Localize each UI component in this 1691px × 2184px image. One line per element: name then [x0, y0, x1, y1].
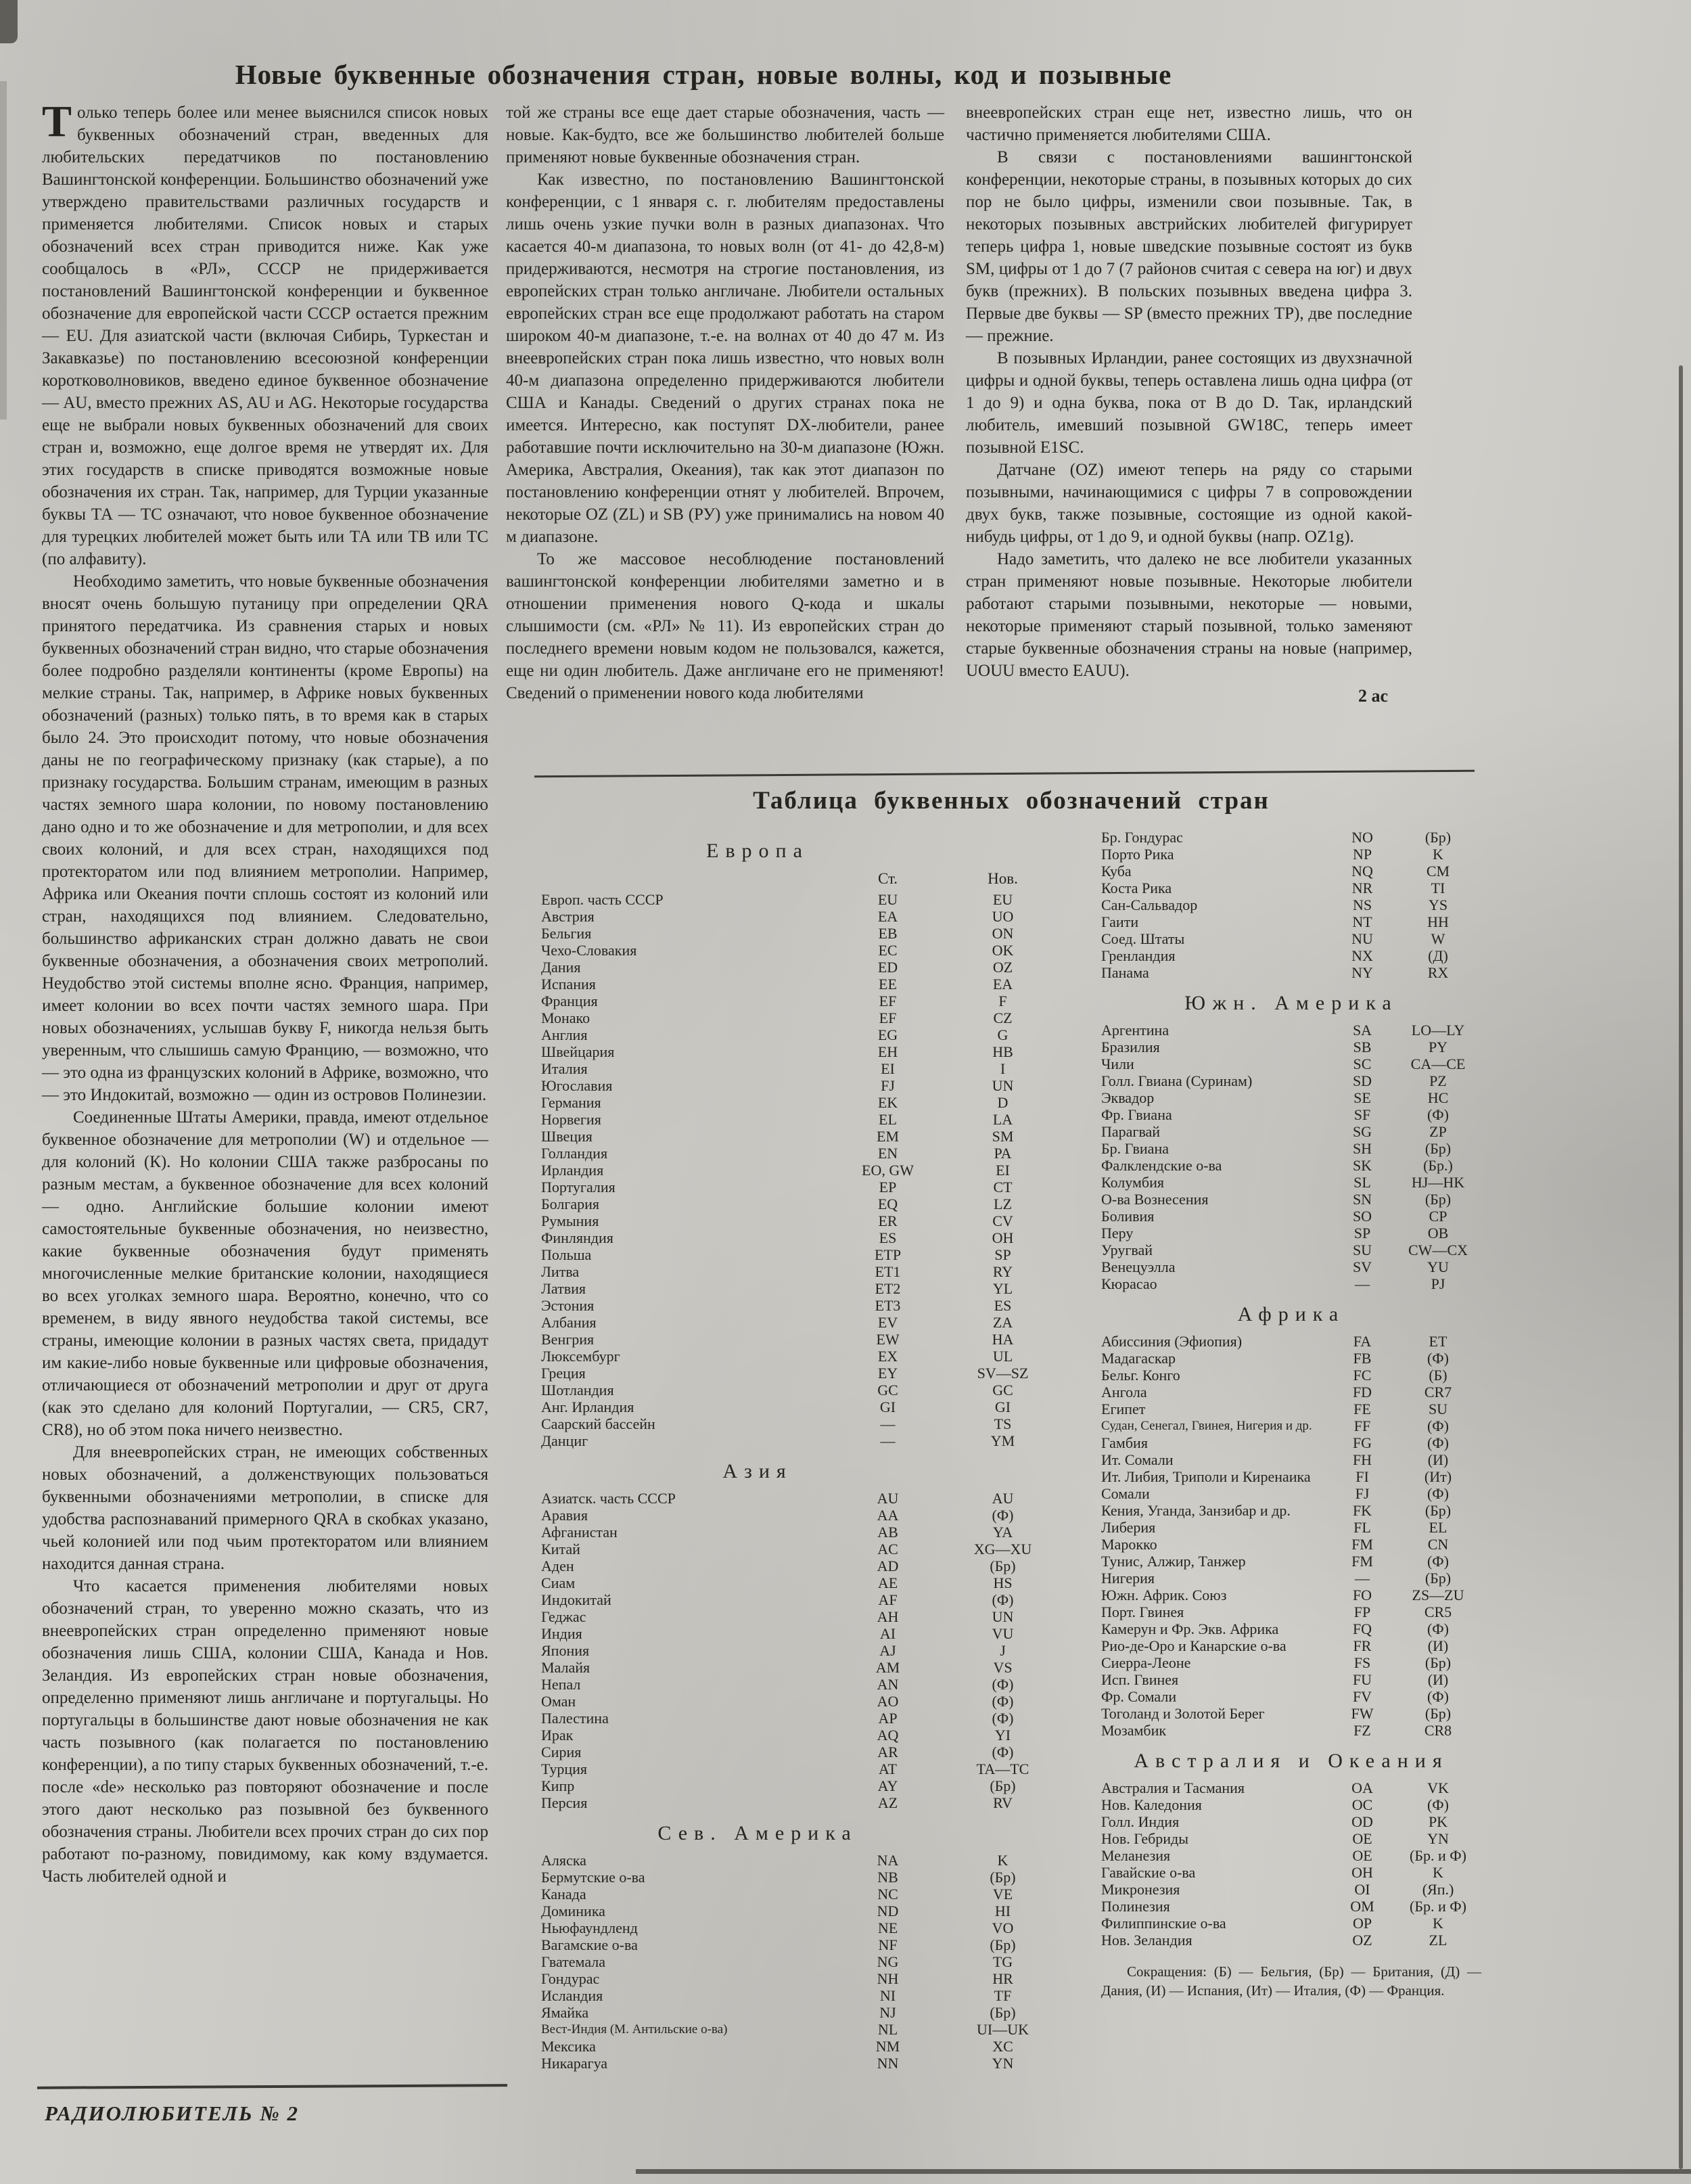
new-code: RX: [1395, 964, 1481, 981]
country-name: Люксембург: [541, 1348, 832, 1365]
country-name: Мозамбик: [1101, 1722, 1330, 1739]
old-code: NM: [832, 2038, 944, 2055]
old-code: SA: [1330, 1022, 1395, 1039]
table-row: ГренландияNX(Д): [1101, 947, 1481, 964]
table-row: Южн. Африк. СоюзFOZS—ZU: [1101, 1587, 1481, 1603]
old-code: GI: [832, 1398, 944, 1415]
new-code: K: [1395, 1915, 1481, 1932]
table-row: АргентинаSALO—LY: [1101, 1022, 1481, 1039]
country-name: Бельгия: [541, 925, 832, 942]
new-code: F: [944, 993, 1062, 1009]
new-code: (Ф): [944, 1710, 1062, 1727]
table-row: ИндияAIVU: [541, 1625, 1062, 1642]
country-name: Финляндия: [541, 1229, 832, 1246]
country-name: Азиатск. часть СССР: [541, 1490, 832, 1507]
new-code: CR5: [1395, 1603, 1481, 1620]
scan-edge-left: [0, 81, 7, 419]
new-code: SM: [944, 1128, 1062, 1145]
old-code: OC: [1330, 1796, 1395, 1813]
old-code: AU: [832, 1490, 944, 1507]
new-code: CM: [1395, 863, 1481, 880]
table-row: ЛитваET1RY: [541, 1263, 1062, 1280]
new-code: XG—XU: [944, 1541, 1062, 1557]
table-row: Судан, Сенегал, Гвинея, Нигерия и др.FF(…: [1101, 1417, 1481, 1434]
new-code: HJ—HK: [1395, 1174, 1481, 1191]
old-code: FB: [1330, 1350, 1395, 1367]
new-code: SU: [1395, 1401, 1481, 1417]
table-row: ЛатвияET2YL: [541, 1280, 1062, 1297]
country-name: Бермутские о-ва: [541, 1869, 832, 1886]
country-name: Япония: [541, 1642, 832, 1659]
new-code: I: [944, 1060, 1062, 1077]
table-row: Чехо-СловакияECOK: [541, 942, 1062, 959]
table-row: БразилияSBPY: [1101, 1039, 1481, 1055]
table-row: Нигерия—(Бр): [1101, 1570, 1481, 1587]
table-row: СиамAEHS: [541, 1574, 1062, 1591]
new-code: ZP: [1395, 1123, 1481, 1140]
new-code: ES: [944, 1297, 1062, 1314]
country-name: Марокко: [1101, 1536, 1330, 1553]
table-row: ЮгославияFJUN: [541, 1077, 1062, 1094]
country-name: Парагвай: [1101, 1123, 1330, 1140]
country-name: Венецуэлла: [1101, 1258, 1330, 1275]
new-code: (Ф): [1395, 1417, 1481, 1434]
new-code: OB: [1395, 1225, 1481, 1242]
old-code: NA: [832, 1852, 944, 1869]
old-code: EQ: [832, 1196, 944, 1212]
new-code: (Бр): [1395, 1570, 1481, 1587]
table-row: КипрAY(Бр): [541, 1777, 1062, 1794]
new-code: (Ф): [1395, 1350, 1481, 1367]
new-code: CV: [944, 1212, 1062, 1229]
table-row: ИрландияEO, GWEI: [541, 1162, 1062, 1179]
table-row: ИндокитайAF(Ф): [541, 1591, 1062, 1608]
table-row: НепалAN(Ф): [541, 1676, 1062, 1693]
table-panel-right: Бр. ГондурасNO(Бр)Порто РикаNPKКубаNQCMК…: [1101, 829, 1481, 2072]
table-row: Европ. часть СССРEUEU: [541, 891, 1062, 908]
old-code: NU: [1330, 930, 1395, 947]
table-row: Рио-де-Оро и Канарские о-ваFR(И): [1101, 1637, 1481, 1654]
country-name: Панама: [1101, 964, 1330, 981]
new-code: (Д): [1395, 947, 1481, 964]
col-header-spacer: [541, 869, 832, 888]
old-code: NE: [832, 1919, 944, 1936]
country-name: Египет: [1101, 1401, 1330, 1417]
table-row: ТурцияATTA—TC: [541, 1760, 1062, 1777]
new-code: ON: [944, 925, 1062, 942]
country-name: Бразилия: [1101, 1039, 1330, 1055]
country-name: Ит. Либия, Триполи и Киренаика: [1101, 1468, 1330, 1485]
country-name: Литва: [541, 1263, 832, 1280]
table-title: Таблица буквенных обозначений стран: [541, 786, 1481, 815]
country-name: Нигерия: [1101, 1570, 1330, 1587]
table-row: ГеджасAHUN: [541, 1608, 1062, 1625]
new-code: YU: [1395, 1258, 1481, 1275]
country-name: Швеция: [541, 1128, 832, 1145]
country-name: Гренландия: [1101, 947, 1330, 964]
table-panel-left: ЕвропаСт.Нов.Европ. часть СССРEUEUАвстри…: [541, 829, 1062, 2072]
table-row: Сан-СальвадорNSYS: [1101, 896, 1481, 913]
old-code: NO: [1330, 829, 1395, 846]
old-code: EO, GW: [832, 1162, 944, 1179]
table-row: Фр. ГвианаSF(Ф): [1101, 1106, 1481, 1123]
country-name: Аргентина: [1101, 1022, 1330, 1039]
paragraph: той же страны все еще дает старые обозна…: [506, 101, 944, 168]
old-code: EA: [832, 908, 944, 925]
table-row: ИсландияNITF: [541, 1987, 1062, 2004]
old-code: EB: [832, 925, 944, 942]
paragraph: Необходимо заметить, что новые буквенные…: [42, 570, 488, 1106]
table-row: АляскаNAK: [541, 1852, 1062, 1869]
old-code: OH: [1330, 1864, 1395, 1881]
new-code: HC: [1395, 1089, 1481, 1106]
country-name: Аден: [541, 1557, 832, 1574]
table-row: Бермутские о-ваNB(Бр): [541, 1869, 1062, 1886]
country-name: Франция: [541, 993, 832, 1009]
country-name: Оман: [541, 1693, 832, 1710]
old-code: NX: [1330, 947, 1395, 964]
new-code: (Бр): [944, 1557, 1062, 1574]
table-row: РумынияERCV: [541, 1212, 1062, 1229]
table-row: АденAD(Бр): [541, 1557, 1062, 1574]
col-header-new: Нов.: [944, 869, 1062, 888]
country-name: Палестина: [541, 1710, 832, 1727]
old-code: NN: [832, 2055, 944, 2072]
new-code: EA: [944, 976, 1062, 993]
old-code: EM: [832, 1128, 944, 1145]
new-code: YL: [944, 1280, 1062, 1297]
new-code: YS: [1395, 896, 1481, 913]
old-code: ET1: [832, 1263, 944, 1280]
country-name: Албания: [541, 1314, 832, 1331]
country-name: Гаити: [1101, 913, 1330, 930]
table-row: КолумбияSLHJ—HK: [1101, 1174, 1481, 1191]
country-name: Колумбия: [1101, 1174, 1330, 1191]
new-code: CP: [1395, 1208, 1481, 1225]
old-code: FH: [1330, 1451, 1395, 1468]
country-name: Бр. Гвиана: [1101, 1140, 1330, 1157]
old-code: FG: [1330, 1434, 1395, 1451]
old-code: AM: [832, 1659, 944, 1676]
old-code: EH: [832, 1043, 944, 1060]
new-code: YN: [944, 2055, 1062, 2072]
new-code: HH: [1395, 913, 1481, 930]
new-code: K: [1395, 1864, 1481, 1881]
table-row: Камерун и Фр. Экв. АфрикаFQ(Ф): [1101, 1620, 1481, 1637]
section-heading: Южн. Америка: [1101, 992, 1481, 1015]
new-code: PZ: [1395, 1072, 1481, 1089]
new-code: TF: [944, 1987, 1062, 2004]
table-row: КубаNQCM: [1101, 863, 1481, 880]
country-name: Индокитай: [541, 1591, 832, 1608]
page-title: Новые буквенные обозначения стран, новые…: [230, 58, 1177, 91]
table-row: Порто РикаNPK: [1101, 846, 1481, 863]
table-row: ГрецияEYSV—SZ: [541, 1365, 1062, 1382]
new-code: VO: [944, 1919, 1062, 1936]
country-name: Геджас: [541, 1608, 832, 1625]
table-row: МароккоFMCN: [1101, 1536, 1481, 1553]
country-name: Нов. Каледония: [1101, 1796, 1330, 1813]
country-name: Вест-Индия (М. Антильские о-ва): [541, 2021, 832, 2038]
old-code: AB: [832, 1524, 944, 1541]
country-name: Фр. Сомали: [1101, 1688, 1330, 1705]
new-code: (Бр. и Ф): [1395, 1898, 1481, 1915]
new-code: YI: [944, 1727, 1062, 1744]
table-row: Голл. ИндияODPK: [1101, 1813, 1481, 1830]
table-row: Ит. Либия, Триполи и КиренаикаFI(Ит): [1101, 1468, 1481, 1485]
paragraph: В позывных Ирландии, ранее состоящих из …: [966, 347, 1412, 459]
table-row: ПолинезияOM(Бр. и Ф): [1101, 1898, 1481, 1915]
country-name: Ямайка: [541, 2004, 832, 2021]
new-code: (Ф): [1395, 1620, 1481, 1637]
table-row: Порт. ГвинеяFPCR5: [1101, 1603, 1481, 1620]
table-row: ФинляндияESOH: [541, 1229, 1062, 1246]
table-row: ПалестинаAP(Ф): [541, 1710, 1062, 1727]
new-code: K: [944, 1852, 1062, 1869]
old-code: FP: [1330, 1603, 1395, 1620]
table-row: Тунис, Алжир, ТанжерFM(Ф): [1101, 1553, 1481, 1570]
table-row: ПортугалияEPCT: [541, 1179, 1062, 1196]
old-code: NG: [832, 1953, 944, 1970]
old-code: FS: [1330, 1654, 1395, 1671]
old-code: FM: [1330, 1536, 1395, 1553]
country-name: Австралия и Тасмания: [1101, 1779, 1330, 1796]
old-code: EE: [832, 976, 944, 993]
new-code: (Бр): [944, 1869, 1062, 1886]
table-row: МикронезияOI(Яп.): [1101, 1881, 1481, 1898]
country-name: Саарский бассейн: [541, 1415, 832, 1432]
country-name: Югославия: [541, 1077, 832, 1094]
old-code: SB: [1330, 1039, 1395, 1055]
paragraph: Для внеевропейских стран, не имеющих соб…: [42, 1441, 488, 1575]
new-code: AU: [944, 1490, 1062, 1507]
country-name: Голландия: [541, 1145, 832, 1162]
new-code: (И): [1395, 1451, 1481, 1468]
table-row: Вагамские о-ваNF(Бр): [541, 1936, 1062, 1953]
new-code: YN: [1395, 1830, 1481, 1847]
new-code: G: [944, 1026, 1062, 1043]
old-code: SF: [1330, 1106, 1395, 1123]
old-code: SE: [1330, 1089, 1395, 1106]
country-name: Голл. Гвиана (Суринам): [1101, 1072, 1330, 1089]
new-code: (Бр): [1395, 1705, 1481, 1722]
country-name: Меланезия: [1101, 1847, 1330, 1864]
old-code: OA: [1330, 1779, 1395, 1796]
country-name: Португалия: [541, 1179, 832, 1196]
table-row: ПарагвайSGZP: [1101, 1123, 1481, 1140]
new-code: EU: [944, 891, 1062, 908]
old-code: EC: [832, 942, 944, 959]
country-name: Камерун и Фр. Экв. Африка: [1101, 1620, 1330, 1637]
country-name: Гамбия: [1101, 1434, 1330, 1451]
new-code: J: [944, 1642, 1062, 1659]
table-row: ЯмайкаNJ(Бр): [541, 2004, 1062, 2021]
table-row: ГватемалаNGTG: [541, 1953, 1062, 1970]
old-code: AD: [832, 1557, 944, 1574]
table-row: О-ва ВознесенияSN(Бр): [1101, 1191, 1481, 1208]
new-code: (Ф): [944, 1507, 1062, 1524]
country-name: Рио-де-Оро и Канарские о-ва: [1101, 1637, 1330, 1654]
country-name: Швейцария: [541, 1043, 832, 1060]
section-heading: Сев. Америка: [541, 1822, 1062, 1845]
country-name: Кюрасао: [1101, 1275, 1330, 1292]
country-name: Аляска: [541, 1852, 832, 1869]
new-code: UN: [944, 1077, 1062, 1094]
country-name: Персия: [541, 1794, 832, 1811]
table-row: Фалклендские о-ваSK(Бр.): [1101, 1157, 1481, 1174]
new-code: PJ: [1395, 1275, 1481, 1292]
country-name: Латвия: [541, 1280, 832, 1297]
new-code: UN: [944, 1608, 1062, 1625]
new-code: ZL: [1395, 1932, 1481, 1949]
country-name: Голл. Индия: [1101, 1813, 1330, 1830]
country-name: Микронезия: [1101, 1881, 1330, 1898]
country-name: О-ва Вознесения: [1101, 1191, 1330, 1208]
country-name: Порто Рика: [1101, 846, 1330, 863]
old-code: EP: [832, 1179, 944, 1196]
table-row: Данциг—YM: [541, 1432, 1062, 1449]
new-code: (Ф): [944, 1693, 1062, 1710]
new-code: VS: [944, 1659, 1062, 1676]
country-name: Норвегия: [541, 1111, 832, 1128]
new-code: YM: [944, 1432, 1062, 1449]
old-code: NP: [1330, 846, 1395, 863]
table-row: АнголаFDCR7: [1101, 1384, 1481, 1401]
new-code: D: [944, 1094, 1062, 1111]
old-code: SL: [1330, 1174, 1395, 1191]
country-name: Индия: [541, 1625, 832, 1642]
table-row: ШвецияEMSM: [541, 1128, 1062, 1145]
country-name: Нов. Гебриды: [1101, 1830, 1330, 1847]
country-name: Румыния: [541, 1212, 832, 1229]
new-code: CW—CX: [1395, 1242, 1481, 1258]
table-row: ГолландияENPA: [541, 1145, 1062, 1162]
table-row: ИталияEII: [541, 1060, 1062, 1077]
table-row: БоливияSOCP: [1101, 1208, 1481, 1225]
paragraph: Как известно, по постановлению Вашингтон…: [506, 168, 944, 548]
old-code: SD: [1330, 1072, 1395, 1089]
old-code: EF: [832, 993, 944, 1009]
old-code: ET3: [832, 1297, 944, 1314]
country-name: Кипр: [541, 1777, 832, 1794]
new-code: (Яп.): [1395, 1881, 1481, 1898]
old-code: —: [1330, 1275, 1395, 1292]
table-row: ФранцияEFF: [541, 993, 1062, 1009]
table-row: АлбанияEVZA: [541, 1314, 1062, 1331]
table-row: ОманAO(Ф): [541, 1693, 1062, 1710]
old-code: FK: [1330, 1502, 1395, 1519]
country-name: Эстония: [541, 1297, 832, 1314]
country-name: Чили: [1101, 1055, 1330, 1072]
country-codes-table: Таблица буквенных обозначений стран Евро…: [541, 786, 1481, 2072]
table-row: МозамбикFZCR8: [1101, 1722, 1481, 1739]
table-row: МексикаNMXC: [541, 2038, 1062, 2055]
new-code: (Ф): [1395, 1434, 1481, 1451]
table-row: Бр. ГондурасNO(Бр): [1101, 829, 1481, 846]
table-row: АнглияEGG: [541, 1026, 1062, 1043]
country-name: Гватемала: [541, 1953, 832, 1970]
country-name: Гондурас: [541, 1970, 832, 1987]
new-code: VU: [944, 1625, 1062, 1642]
old-code: FM: [1330, 1553, 1395, 1570]
new-code: GI: [944, 1398, 1062, 1415]
country-name: Афганистан: [541, 1524, 832, 1541]
paragraph: Что касается применения любителями новых…: [42, 1575, 488, 1888]
country-name: Абиссиния (Эфиопия): [1101, 1333, 1330, 1350]
old-code: NY: [1330, 964, 1395, 981]
table-row: Саарский бассейн—TS: [541, 1415, 1062, 1432]
country-name: Сомали: [1101, 1485, 1330, 1502]
new-code: (Ф): [944, 1591, 1062, 1608]
old-code: AQ: [832, 1727, 944, 1744]
old-code: AA: [832, 1507, 944, 1524]
paragraph: Соединенные Штаты Америки, правда, имеют…: [42, 1106, 488, 1441]
new-code: (Ф): [1395, 1553, 1481, 1570]
table-row: ГерманияEKD: [541, 1094, 1062, 1111]
new-code: HB: [944, 1043, 1062, 1060]
new-code: CN: [1395, 1536, 1481, 1553]
section-heading: Австралия и Океания: [1101, 1750, 1481, 1773]
article-column-1: Только теперь более или менее выяснился …: [42, 101, 488, 1888]
new-code: HS: [944, 1574, 1062, 1591]
new-code: (Бр): [944, 2004, 1062, 2021]
old-code: FC: [1330, 1367, 1395, 1384]
new-code: (Ф): [1395, 1688, 1481, 1705]
new-code: ZS—ZU: [1395, 1587, 1481, 1603]
country-name: Соед. Штаты: [1101, 930, 1330, 947]
old-code: EW: [832, 1331, 944, 1348]
table-row: Сиерра-ЛеонеFS(Бр): [1101, 1654, 1481, 1671]
old-code: EN: [832, 1145, 944, 1162]
new-code: CA—CE: [1395, 1055, 1481, 1072]
new-code: (Ф): [1395, 1485, 1481, 1502]
old-code: AZ: [832, 1794, 944, 1811]
country-name: Тоголанд и Золотой Берег: [1101, 1705, 1330, 1722]
old-code: NQ: [1330, 863, 1395, 880]
article-column-2: той же страны все еще дает старые обозна…: [506, 101, 944, 704]
country-name: Нов. Зеландия: [1101, 1932, 1330, 1949]
old-code: EK: [832, 1094, 944, 1111]
table-row: ГондурасNHHR: [541, 1970, 1062, 1987]
old-code: ET2: [832, 1280, 944, 1297]
table-row: УругвайSUCW—CX: [1101, 1242, 1481, 1258]
country-name: Боливия: [1101, 1208, 1330, 1225]
new-code: RY: [944, 1263, 1062, 1280]
country-name: Англия: [541, 1026, 832, 1043]
footer-rule: [37, 2084, 507, 2089]
new-code: PA: [944, 1145, 1062, 1162]
table-row: Бельг. КонгоFC(Б): [1101, 1367, 1481, 1384]
country-name: Венгрия: [541, 1331, 832, 1348]
new-code: HA: [944, 1331, 1062, 1348]
country-name: Италия: [541, 1060, 832, 1077]
table-panels: ЕвропаСт.Нов.Европ. часть СССРEUEUАвстри…: [541, 829, 1481, 2072]
new-code: UL: [944, 1348, 1062, 1365]
old-code: AH: [832, 1608, 944, 1625]
old-code: AP: [832, 1710, 944, 1727]
old-code: EU: [832, 891, 944, 908]
new-code: CR8: [1395, 1722, 1481, 1739]
country-name: Куба: [1101, 863, 1330, 880]
new-code: TG: [944, 1953, 1062, 1970]
country-name: Турция: [541, 1760, 832, 1777]
old-code: SH: [1330, 1140, 1395, 1157]
new-code: (Ит): [1395, 1468, 1481, 1485]
old-code: FJ: [1330, 1485, 1395, 1502]
new-code: GC: [944, 1382, 1062, 1398]
old-code: EV: [832, 1314, 944, 1331]
new-code: UI—UK: [944, 2021, 1062, 2038]
